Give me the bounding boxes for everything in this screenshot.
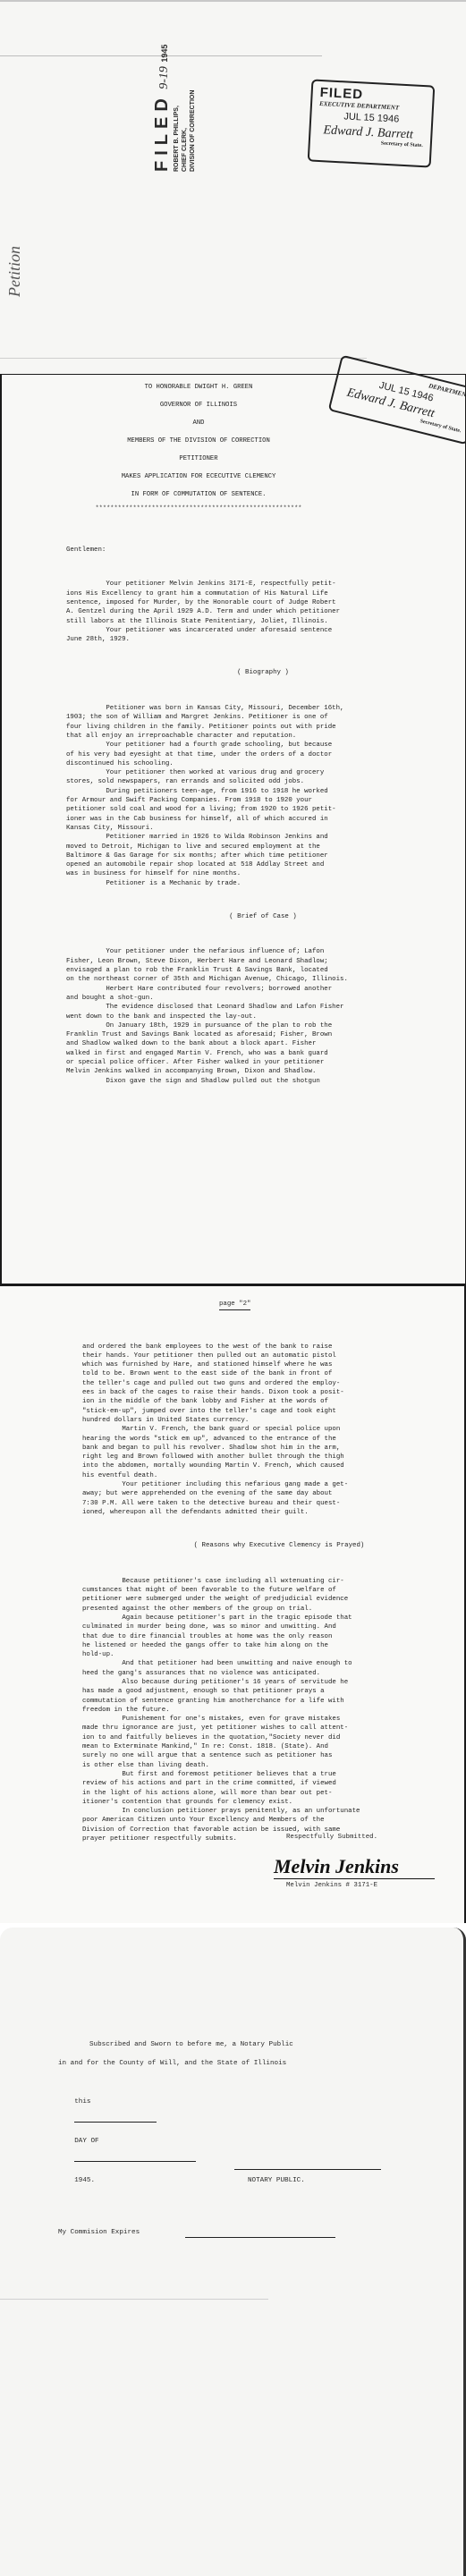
signer-name: Melvin Jenkins # 3171-E (286, 1882, 435, 1889)
notary-line-3: this DAY OF 1945. (58, 2072, 196, 2210)
text-line: commutation of sentence granting him ano… (82, 1697, 466, 1706)
cover-page: FILED EXECUTIVE DEPARTMENT JUL 15 1946 E… (0, 0, 466, 374)
heading-line: AND (2, 414, 395, 432)
heading-line: IN FORM OF COMMUTATION OF SENTENCE. (2, 486, 395, 504)
text-line: and bought a shot-gun. (66, 994, 460, 1003)
text-line: sentence, imposed for Murder, by the Hon… (66, 598, 460, 607)
text-line: Martin V. French, the bank guard or spec… (82, 1425, 466, 1434)
text-line: the teller's cage and pulled out two gun… (82, 1379, 466, 1388)
petition-page-2: page "2" and ordered the bank employees … (0, 1284, 466, 1923)
notary-page: Subscribed and Sworn to before me, a Not… (0, 1928, 466, 2576)
continuation-paragraphs: and ordered the bank employees to the we… (82, 1343, 466, 1518)
notary-public-label: NOTARY PUBLIC. (248, 2171, 305, 2190)
filed-clerk-line: DIVISION OF CORRECTION (189, 0, 197, 172)
petition-body-2: and ordered the bank employees to the we… (82, 1324, 466, 1862)
handwritten-note: Petition (5, 246, 24, 297)
text-line: or special police officer. After Fisher … (66, 1058, 460, 1067)
text-line: Petitioner married in 1926 to Wilda Robi… (66, 833, 460, 842)
text-line: four living children in the family. Peti… (66, 723, 460, 732)
text-line: Dixon gave the sign and Shadlow pulled o… (66, 1077, 460, 1086)
text-line: Petitioner was born in Kansas City, Miss… (66, 704, 460, 713)
filed-label: FILED (152, 93, 172, 172)
text-line: opened an automobile repair shop located… (66, 860, 460, 869)
text-line: was in business for himself for nine mon… (66, 869, 460, 878)
text-line: Melvin Jenkins walked in accompanying Br… (66, 1067, 460, 1076)
text-line: bank and began to pull his revolver. Sha… (82, 1444, 466, 1453)
brief-paragraphs: Your petitioner under the nefarious infl… (66, 947, 460, 1085)
commission-expires-line[interactable] (185, 2237, 335, 2238)
text-line: And that petitioner had been unwitting a… (82, 1659, 466, 1668)
text-line: hold-up. (82, 1650, 466, 1659)
commission-label: My Commision Expires (58, 2223, 140, 2242)
intro-paragraphs: Your petitioner Melvin Jenkins 3171-E, r… (66, 580, 460, 644)
heading-line: TO HONORABLE DWIGHT H. GREEN (2, 378, 395, 396)
text-line: ions His Excellency to grant him a commu… (66, 589, 460, 598)
text-line: went down to the bank and inspected the … (66, 1013, 460, 1021)
filed-year: 1945 (160, 45, 169, 63)
text-line: Again because petitioner's part in the t… (82, 1614, 466, 1623)
text-line: Your petitioner then worked at various d… (66, 768, 460, 777)
text-line: he listened or heeded the gangs offer to… (82, 1641, 466, 1650)
text-line: Your petitioner was incarcerated under a… (66, 626, 460, 635)
petition-heading: TO HONORABLE DWIGHT H. GREEN GOVERNOR OF… (2, 378, 395, 513)
text-line: During petitioners teen-age, from 1916 t… (66, 787, 460, 796)
section-heading-brief: ( Brief of Case ) (66, 912, 460, 921)
text-line: presented against the other members of t… (82, 1605, 466, 1614)
text-line: surely no one will argue that a sentence… (82, 1751, 466, 1760)
section-heading-reasons: ( Reasons why Executive Clemency is Pray… (82, 1541, 466, 1550)
page-number: page "2" (219, 1301, 250, 1310)
text-line: ion to and faitfully believes in the quo… (82, 1733, 466, 1742)
text-line: Kansas City, Missouri. (66, 824, 460, 833)
text-line: review of his actions and part in the cr… (82, 1779, 466, 1788)
text-line: Your petitioner including this nefarious… (82, 1480, 466, 1489)
text-line: made thru ignorance are just, yet petiti… (82, 1724, 466, 1733)
text-line: Your petitioner under the nefarious infl… (66, 947, 460, 956)
division-filed-stamp: FILED 9-19 1945 ROBERT B. PHILLIPS, CHIE… (152, 0, 197, 172)
text-line: Petitioner is a Mechanic by trade. (66, 879, 460, 888)
handwritten-signature: Melvin Jenkins (274, 1855, 435, 1879)
text-line: away; but were apprehended on the evenin… (82, 1489, 466, 1498)
heading-line: MEMBERS OF THE DIVISION OF CORRECTION (2, 432, 395, 450)
text-line: Your petitioner had a fourth grade schoo… (66, 741, 460, 750)
text-line: heed the gang's assurances that no viole… (82, 1669, 466, 1678)
text-line: In conclusion petitioner prays penitentl… (82, 1807, 466, 1816)
text-line: Punishement for one's mistakes, even for… (82, 1715, 466, 1724)
text-line: right leg and Brown followed with anothe… (82, 1453, 466, 1462)
salutation: Gentlemen: (66, 546, 460, 555)
text-line: hundred dollars in United States currenc… (82, 1416, 466, 1425)
text-line: poor American Citizen unto Your Excellen… (82, 1816, 466, 1825)
text-line: cumstances that might of been favorable … (82, 1586, 466, 1595)
notary-line-1: Subscribed and Sworn to before me, a Not… (89, 2035, 293, 2055)
text-line: envisaged a plan to rob the Franklin Tru… (66, 966, 460, 975)
text-line: told to be. Brown went to the east side … (82, 1369, 466, 1378)
text-line: into the abdomen, mortally wounding Mart… (82, 1462, 466, 1470)
text-line: ioner was in the Cab business for himsel… (66, 815, 460, 824)
text-line: ioned, whereupon all the defendants admi… (82, 1508, 466, 1517)
text-line: Your petitioner Melvin Jenkins 3171-E, r… (66, 580, 460, 589)
text-line: A. Gentzel during the April 1929 A.D. Te… (66, 607, 460, 616)
text-line: Because petitioner's case including all … (82, 1577, 466, 1586)
filed-date: 9-19 (157, 66, 171, 89)
section-heading-biography: ( Biography ) (66, 668, 460, 677)
executive-department-stamp: FILED EXECUTIVE DEPARTMENT JUL 15 1946 E… (308, 79, 436, 167)
text-line: which was furnished by Hare, and station… (82, 1360, 466, 1369)
signature-block: Respectfully Submitted. Melvin Jenkins M… (286, 1834, 435, 1889)
text-line: But first and foremost petitioner believ… (82, 1770, 466, 1779)
text-line: that all enjoy an irreproachable charact… (66, 732, 460, 741)
filed-clerk-line: ROBERT B. PHILLIPS, (173, 0, 181, 172)
text-line: of his very bad eyesight at that time, u… (66, 750, 460, 759)
closing: Respectfully Submitted. (286, 1834, 435, 1841)
text-line: Fisher, Leon Brown, Steve Dixon, Herbert… (66, 957, 460, 966)
text-line: on the northeast corner of 35th and Mich… (66, 975, 460, 984)
text-line: discontinued his schooling. (66, 759, 460, 768)
text-line: petitioner were submerged under the weig… (82, 1595, 466, 1604)
text-line: 1903; the son of William and Margret Jen… (66, 713, 460, 722)
text-line: mean to Exterminate Mankind," In re: Con… (82, 1742, 466, 1751)
text-line: petitioner sold coal and wood for a livi… (66, 805, 460, 814)
month-blank[interactable] (74, 2154, 196, 2162)
fold-line (0, 358, 367, 359)
text-line: and ordered the bank employees to the we… (82, 1343, 466, 1352)
text-line: culminated in murder being done, was so … (82, 1623, 466, 1631)
fold-line (0, 2299, 268, 2300)
day-blank[interactable] (74, 2114, 157, 2123)
heading-line: PETITIONER (2, 450, 395, 468)
day-of-label: DAY OF (74, 2138, 98, 2145)
heading-line: MAKES APPLICATION FOR ECECUTIVE CLEMENCY (2, 468, 395, 486)
reasons-paragraphs: Because petitioner's case including all … (82, 1577, 466, 1844)
petition-page-1: DEPARTMENT JUL 15 1946 Edward J. Barrett… (0, 374, 466, 1284)
text-line: stores, sold newspapers, ran errands and… (66, 777, 460, 786)
text-line: moved to Detroit, Michigan to live and s… (66, 843, 460, 852)
heading-line: GOVERNOR OF ILLINOIS (2, 396, 395, 414)
text-line: that due to dire financial troubles at h… (82, 1632, 466, 1641)
notary-signature-line[interactable] (234, 2169, 381, 2170)
petition-body-1: Gentlemen: Your petitioner Melvin Jenkin… (66, 527, 460, 1105)
text-line: has made a good adjustment, enough so th… (82, 1687, 466, 1696)
text-line: On January 18th, 1929 in pursuance of th… (66, 1021, 460, 1030)
text-line: still labors at the Illinois State Penit… (66, 617, 460, 626)
text-line: his eventful death. (82, 1471, 466, 1480)
separator: ****************************************… (2, 505, 395, 513)
year-label: 1945. (74, 2177, 95, 2184)
text-line: "stick-em-up", jumped over into the tell… (82, 1407, 466, 1416)
text-line: for Armour and Swift Packing Companies. … (66, 796, 460, 805)
text-line: itioner's contention that grounds for cl… (82, 1798, 466, 1807)
text-line: their hands. Your petitioner then pulled… (82, 1352, 466, 1360)
this-label: this (74, 2098, 90, 2106)
text-line: June 28th, 1929. (66, 635, 460, 644)
text-line: ees in back of the cages to raise their … (82, 1388, 466, 1397)
text-line: Franklin Trust and Savings Bank located … (66, 1030, 460, 1039)
filed-clerk-line: CHIEF CLERK, (181, 0, 189, 172)
text-line: 7:30 P.M. All were taken to the detectiv… (82, 1499, 466, 1508)
text-line: ion in the middle of the bank lobby and … (82, 1397, 466, 1406)
text-line: Herbert Hare contributed four revolvers;… (66, 985, 460, 994)
text-line: in the light of his actions alone, will … (82, 1789, 466, 1798)
text-line: and Shadlow walked down to the bank abou… (66, 1039, 460, 1048)
biography-paragraphs: Petitioner was born in Kansas City, Miss… (66, 704, 460, 888)
text-line: The evidence disclosed that Leonard Shad… (66, 1003, 460, 1012)
text-line: walked in first and engaged Martin V. Fr… (66, 1049, 460, 1058)
notary-line-2: in and for the County of Will, and the S… (58, 2054, 286, 2073)
text-line: is other else than living death. (82, 1761, 466, 1770)
text-line: Also because during petitioner's 16 year… (82, 1678, 466, 1687)
text-line: freedom in the future. (82, 1706, 466, 1715)
text-line: hearing the words "stick em up", advance… (82, 1435, 466, 1444)
text-line: Baltimore & Gas Garage for six months; a… (66, 852, 460, 860)
